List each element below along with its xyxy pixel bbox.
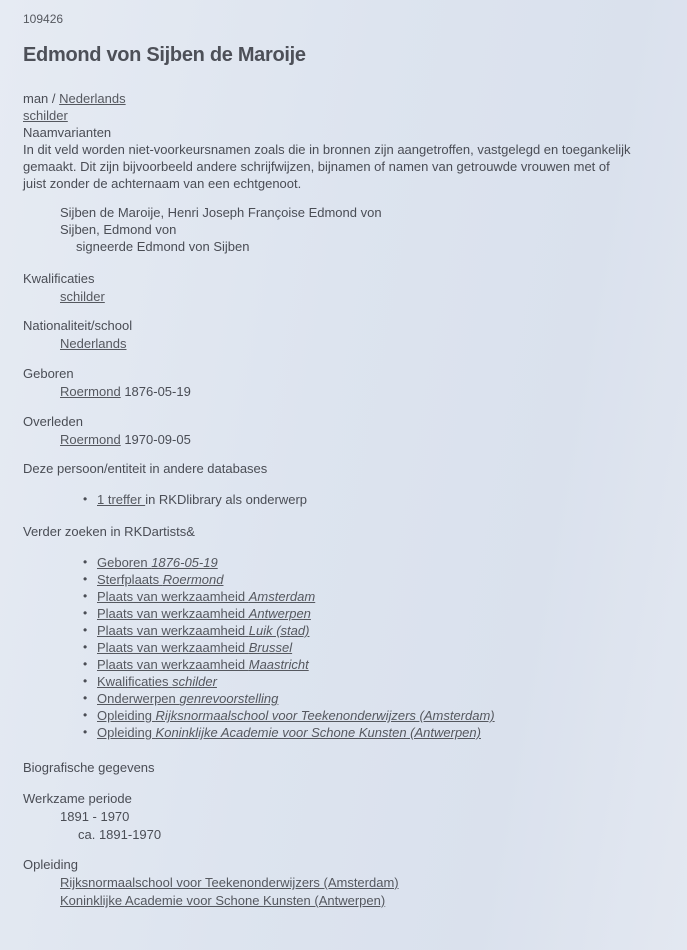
- qualifications-field: Kwalificaties schilder: [23, 270, 105, 306]
- name-variants-list: Sijben de Maroije, Henri Joseph François…: [60, 204, 382, 255]
- active-period-value: 1891 - 1970: [23, 808, 161, 826]
- born-field: Geboren Roermond 1876-05-19: [23, 365, 191, 401]
- search-link[interactable]: Opleiding Rijksnormaalschool voor Teeken…: [97, 708, 495, 723]
- qualification-link[interactable]: schilder: [23, 108, 68, 123]
- nationality-link[interactable]: Nederlands: [59, 91, 126, 106]
- gender: man: [23, 91, 48, 106]
- record-id: 109426: [23, 12, 63, 26]
- search-link[interactable]: Plaats van werkzaamheid Brussel: [97, 640, 292, 655]
- search-link[interactable]: Plaats van werkzaamheid Maastricht: [97, 657, 309, 672]
- biographical-label: Biografische gegevens: [23, 759, 155, 777]
- list-item: Plaats van werkzaamheid Luik (stad): [83, 622, 495, 639]
- field-label: Kwalificaties: [23, 270, 105, 288]
- list-item: Plaats van werkzaamheid Amsterdam: [83, 588, 495, 605]
- page-title: Edmond von Sijben de Maroije: [23, 44, 306, 67]
- list-item: Plaats van werkzaamheid Brussel: [83, 639, 495, 656]
- name-variant-note: signeerde Edmond von Sijben: [60, 238, 382, 255]
- field-label: Nationaliteit/school: [23, 317, 132, 335]
- education-link[interactable]: Rijksnormaalschool voor Teekenonderwijze…: [60, 875, 399, 890]
- deathplace-link[interactable]: Roermond: [60, 432, 121, 447]
- birthplace-link[interactable]: Roermond: [60, 384, 121, 399]
- death-date: 1970-09-05: [124, 432, 191, 447]
- nationality-field: Nationaliteit/school Nederlands: [23, 317, 132, 353]
- search-link[interactable]: Opleiding Koninklijke Academie voor Scho…: [97, 725, 481, 740]
- field-label: Overleden: [23, 413, 191, 431]
- search-link[interactable]: Onderwerpen genrevoorstelling: [97, 691, 278, 706]
- search-further-label: Verder zoeken in RKDartists&: [23, 523, 195, 541]
- field-label: Werkzame periode: [23, 790, 161, 808]
- search-link[interactable]: Geboren 1876-05-19: [97, 555, 218, 570]
- name-variants-description: In dit veld worden niet-voorkeursnamen z…: [23, 141, 633, 192]
- search-link[interactable]: Sterfplaats Roermond: [97, 572, 223, 587]
- list-item: Kwalificaties schilder: [83, 673, 495, 690]
- active-period-field: Werkzame periode 1891 - 1970 ca. 1891-19…: [23, 790, 161, 844]
- list-item: Opleiding Koninklijke Academie voor Scho…: [83, 724, 495, 741]
- other-databases-list: 1 treffer in RKDlibrary als onderwerp: [83, 491, 307, 508]
- birth-date: 1876-05-19: [124, 384, 191, 399]
- field-label: Geboren: [23, 365, 191, 383]
- active-period-note: ca. 1891-1970: [23, 826, 161, 844]
- list-item: Plaats van werkzaamheid Antwerpen: [83, 605, 495, 622]
- education-link[interactable]: Koninklijke Academie voor Schone Kunsten…: [60, 893, 385, 908]
- list-item: Sterfplaats Roermond: [83, 571, 495, 588]
- list-item: 1 treffer in RKDlibrary als onderwerp: [83, 491, 307, 508]
- died-field: Overleden Roermond 1970-09-05: [23, 413, 191, 449]
- field-label: Opleiding: [23, 856, 399, 874]
- nationality-value-link[interactable]: Nederlands: [60, 336, 127, 351]
- search-further-list: Geboren 1876-05-19 Sterfplaats Roermond …: [83, 554, 495, 741]
- search-link[interactable]: Plaats van werkzaamheid Luik (stad): [97, 623, 309, 638]
- name-variant: Sijben, Edmond von: [60, 221, 382, 238]
- name-variants-label: Naamvarianten: [23, 124, 643, 141]
- rkdlibrary-hits-link[interactable]: 1 treffer: [97, 492, 145, 507]
- search-link[interactable]: Plaats van werkzaamheid Antwerpen: [97, 606, 311, 621]
- list-item: Onderwerpen genrevoorstelling: [83, 690, 495, 707]
- list-item: Plaats van werkzaamheid Maastricht: [83, 656, 495, 673]
- list-item: Geboren 1876-05-19: [83, 554, 495, 571]
- list-item: Opleiding Rijksnormaalschool voor Teeken…: [83, 707, 495, 724]
- name-variant: Sijben de Maroije, Henri Joseph François…: [60, 204, 382, 221]
- search-link[interactable]: Kwalificaties schilder: [97, 674, 217, 689]
- summary-section: man / Nederlands schilder Naamvarianten …: [23, 90, 643, 192]
- other-databases-label: Deze persoon/entiteit in andere database…: [23, 460, 267, 478]
- search-link[interactable]: Plaats van werkzaamheid Amsterdam: [97, 589, 315, 604]
- qualification-value-link[interactable]: schilder: [60, 289, 105, 304]
- education-field: Opleiding Rijksnormaalschool voor Teeken…: [23, 856, 399, 910]
